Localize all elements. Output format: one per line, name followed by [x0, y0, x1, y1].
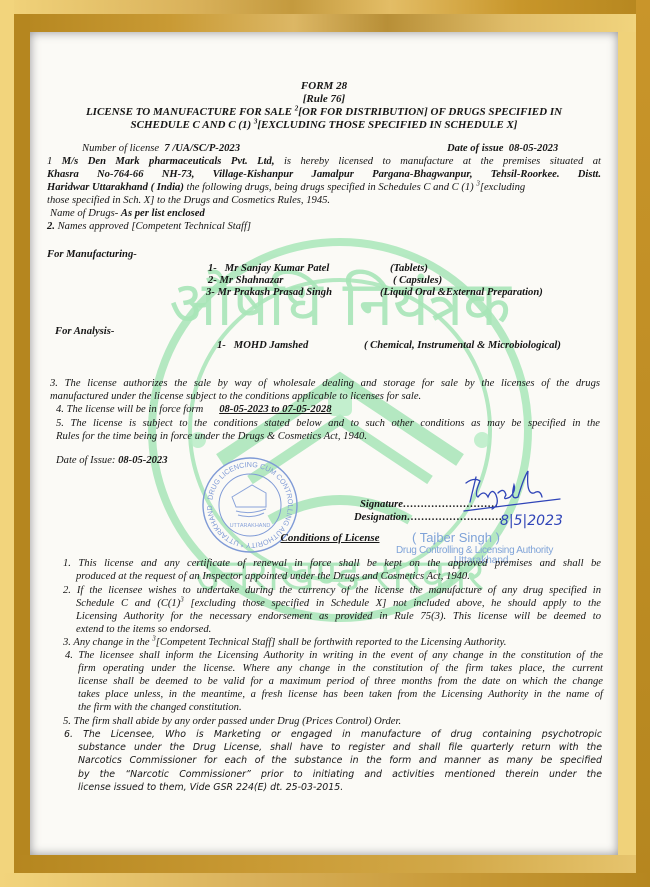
frame-bottom-outer: [0, 873, 650, 887]
signer-name: ( Tajber Singh ): [412, 530, 500, 545]
condition-item-cont: Schedule C and (C(1)3 [excluding those s…: [76, 597, 601, 610]
condition-item-cont: substance under the Drug License, shall …: [78, 741, 602, 754]
analysis-label: For Analysis-: [55, 325, 114, 338]
form-heading-line1: LICENSE TO MANUFACTURE FOR SALE 2[OR FOR…: [30, 106, 618, 119]
license-number: Number of license 7 /UA/SC/P-2023: [82, 142, 240, 155]
license-issue-date: Date of issue 08-05-2023: [447, 142, 558, 155]
condition-item: 4. The licensee shall inform the Licensi…: [65, 649, 603, 662]
svg-text:8|5|2023: 8|5|2023: [500, 513, 563, 529]
condition-item: 2. If the licensee wishes to undertake d…: [63, 584, 601, 597]
condition-item-cont: license issued to them, Vide GSR 224(E) …: [78, 781, 343, 794]
condition-item: 1. This license and any certificate of r…: [63, 557, 601, 570]
frame-bottom-inner: [14, 855, 636, 873]
staff-row: 3- Mr Prakash Prasad Singh: [206, 286, 332, 299]
handwritten-signature-icon: 8|5|2023: [430, 467, 580, 537]
condition-item-cont: Licensing Authority for the necessary en…: [76, 610, 601, 623]
condition-item-cont: produced at the request of an Inspector …: [76, 570, 470, 583]
date-of-issue: Date of Issue: 08-05-2023: [56, 454, 168, 467]
form-number: FORM 28: [30, 80, 618, 93]
clause1-line3: Haridwar Uttarakhand ( India) the follow…: [47, 181, 525, 194]
condition-item-cont: by the “Narcotic Commissioner” prior to …: [78, 768, 602, 781]
frame-right-inner: [618, 32, 636, 873]
clause2: 2. Names approved [Competent Technical S…: [47, 220, 251, 233]
staff-role: ( Chemical, Instrumental & Microbiologic…: [364, 339, 561, 352]
form-rule: [Rule 76]: [30, 93, 618, 106]
svg-text:UTTARAKHAND: UTTARAKHAND: [230, 523, 271, 529]
staff-role: (Liquid Oral &External Preparation): [380, 286, 543, 299]
frame-left-inner: [14, 14, 30, 873]
clause1-line2: Khasra No-764-66 NH-73, Village-Kishanpu…: [47, 168, 601, 181]
clause3-line2: manufactured under the license subject t…: [50, 390, 421, 403]
condition-item: 3. Any change in the 3[Competent Technic…: [63, 636, 506, 649]
condition-item-cont: the firm with the changed constitution.: [78, 701, 242, 714]
condition-item: 5. The firm shall abide by any order pas…: [63, 715, 401, 728]
frame-left-outer: [0, 0, 14, 887]
condition-item: 6. The Licensee, Who is Marketing or eng…: [64, 728, 602, 741]
drug-names: Name of Drugs- As per list enclosed: [50, 207, 205, 220]
clause1-line4: those specified in Sch. X] to the Drugs …: [47, 194, 330, 207]
clause5-line1: 5. The license is subject to the conditi…: [56, 417, 600, 430]
condition-item-cont: extend to the items so endorsed.: [76, 623, 211, 636]
manufacturing-label: For Manufacturing-: [47, 248, 137, 261]
condition-item-cont: firm operating under the license. Where …: [78, 662, 603, 675]
condition-item-cont: license shall be deemed to be valid for …: [78, 675, 603, 688]
condition-item-cont: Narcotics Commissioner for each of the s…: [78, 754, 602, 767]
condition-item-cont: takes place unless, in the meantime, a f…: [78, 688, 603, 701]
clause1-line1: 1 M/s Den Mark pharmaceuticals Pvt. Ltd,…: [47, 155, 601, 168]
certificate-paper: औषधि नियंत्रक उत्तराखण्ड सरकार FORM 28 […: [30, 32, 618, 855]
clause3-line1: 3. The license authorizes the sale by wa…: [50, 377, 600, 390]
form-heading-line2: SCHEDULE C AND C (1) 3[EXCLUDING THOSE S…: [30, 119, 618, 132]
frame-right-outer: [636, 0, 650, 887]
clause4: 4. The license will be in force form 08-…: [56, 403, 332, 416]
staff-row: 1- MOHD Jamshed: [217, 339, 308, 352]
clause5-line2: Rules for the time being in force under …: [56, 430, 367, 443]
